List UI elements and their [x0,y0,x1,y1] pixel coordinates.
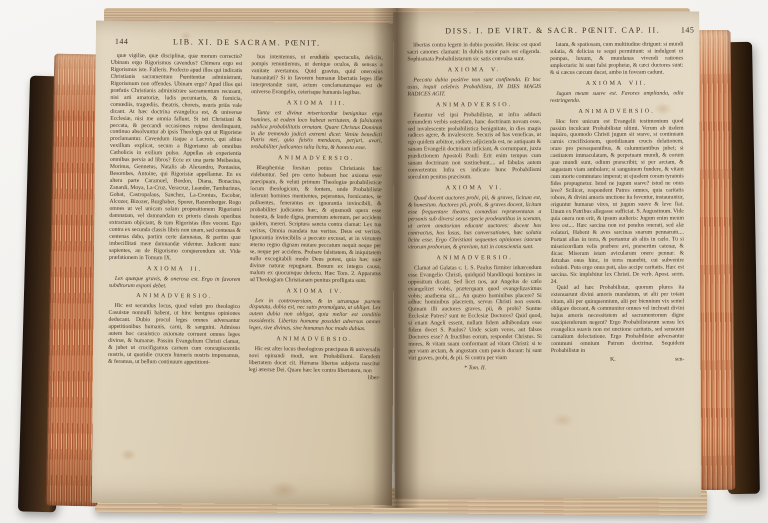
section-heading: AXIOMA III. [251,100,383,108]
left-page-number: 144 [115,37,149,46]
section-heading: ANIMADVERSIO. [407,102,541,109]
body-paragraph: Quid ad hæc Probabilistæ, quorum plures … [551,285,685,355]
section-heading: ANIMADVERSIO. [250,155,382,163]
signature-row: K.sen- [551,357,685,364]
catchword: liber- [248,374,380,382]
book-photograph: 144 LIB. XI. DE SACRAM. PŒNIT. quæ vigil… [0,0,768,523]
section-heading: ANIMADVERSIO. [408,255,542,262]
section-heading: ANIMADVERSIO. [249,336,381,344]
section-heading: AXIOMA V. [407,67,541,74]
body-paragraph: latam, & spatiosam, cum multitudine diri… [550,42,684,77]
left-page-column-2: bus intentemus, ut erudiatis spectaculis… [248,54,383,483]
tome-footnote: * Tom. II. [408,365,542,372]
axiom-statement: Tanta est divinæ misericordiæ benignitas… [250,110,382,153]
right-page-column-2: latam, & spatiosam, cum multitudine diri… [550,42,685,470]
axiom-statement: Lex in controversiam, & in utramque part… [249,298,381,334]
axiom-statement: Jugum meum suave est. Favores amplianda,… [550,90,684,104]
axiom-statement: Peccata dubia positive non sunt confiten… [407,77,541,98]
section-heading: ANIMADVERSIO. [109,293,241,301]
body-paragraph: quæ vigiliæ, quæ disciplinæ, quæ morum c… [109,53,242,263]
fore-edge-stack-right [695,30,736,490]
body-paragraph: Clamat ad Galatas c. 1. S. Paulus firmit… [408,265,542,363]
axiom-statement: Quod docent auctores probi, pii, & grave… [408,195,542,251]
right-page-columns: libertas contra legem in dubio possidet.… [407,42,684,471]
body-paragraph: Blasphemiæ forsitan potius Christianis h… [249,165,382,284]
left-page-columns: quæ vigiliæ, quæ disciplinæ, quæ morum c… [107,53,383,483]
section-heading: AXIOMA II. [109,265,241,273]
body-paragraph: Hoc fere unicum est Evangelii testimoniu… [550,118,684,285]
section-heading: AXIOMA IV. [249,288,381,296]
right-running-title: DISS. I. DE VIRT. & SACR. PŒNIT. CAP. II… [445,26,660,36]
left-page: 144 LIB. XI. DE SACRAM. PŒNIT. quæ vigil… [92,21,396,506]
left-page-header: 144 LIB. XI. DE SACRAM. PŒNIT. [115,37,379,48]
catchword: sen- [675,357,685,364]
section-heading: ANIMADVERSIO. [550,108,684,115]
body-paragraph: Fatentur vel ipsi Probabilistæ, ut infra… [408,112,542,182]
section-heading: AXIOMA VII. [550,80,684,87]
right-page-number: 145 [660,25,694,34]
right-page: DISS. I. DE VIRT. & SACR. PŒNIT. CAP. II… [393,11,701,498]
body-paragraph: Hic est alter locus theologicus præcipuu… [249,346,381,375]
right-page-header: DISS. I. DE VIRT. & SACR. PŒNIT. CAP. II… [411,26,679,36]
body-paragraph: bus intentemus, ut erudiatis spectaculis… [251,54,383,97]
body-paragraph: Hic est secundus locus, quod veluti pro … [108,303,240,367]
axiom-statement: Lex quæque gravis, & onerosa est. Ergo i… [109,275,241,290]
body-paragraph: libertas contra legem in dubio possidet.… [407,42,541,63]
section-heading: AXIOMA VI. [408,185,542,192]
right-page-column-1: libertas contra legem in dubio possidet.… [407,42,542,470]
left-page-column-1: quæ vigiliæ, quæ disciplinæ, quæ morum c… [107,53,242,482]
signature-mark: K. [551,357,675,364]
left-running-title: LIB. XI. DE SACRAM. PŒNIT. [149,37,345,48]
